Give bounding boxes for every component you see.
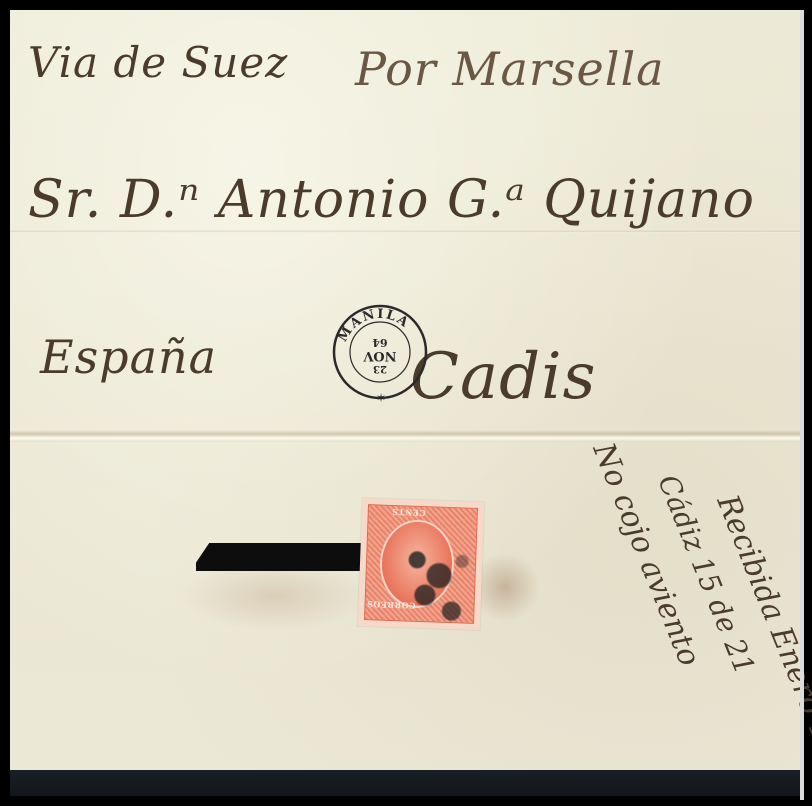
stamp-cancellation-mark: [388, 529, 481, 632]
black-seal-strip: [196, 543, 361, 571]
postmark-month: NOV: [363, 348, 397, 363]
postmark-day: 23: [373, 363, 387, 374]
scan-bottom-band: [10, 770, 800, 796]
queen-portrait-stamp-icon: CENTS CORREOS: [358, 498, 484, 630]
svg-text:✶: ✶: [376, 391, 386, 402]
fold-crease: [10, 430, 800, 442]
routing-via-text: Via de Suez: [28, 38, 288, 87]
routing-por-text: Por Marsella: [355, 42, 665, 96]
stamp-top-text: CENTS: [392, 507, 426, 518]
postmark-year: 64: [372, 336, 388, 349]
fold-crease: [10, 230, 800, 233]
circular-datestamp-icon: MANILA 23 NOV 64 ✶: [330, 302, 430, 402]
scan-right-edge: [800, 10, 804, 800]
addressee-text: Sr. D.ⁿ Antonio G.ᵃ Quijano: [28, 170, 755, 230]
city-text: Cadis: [410, 340, 596, 414]
country-text: España: [40, 330, 217, 384]
